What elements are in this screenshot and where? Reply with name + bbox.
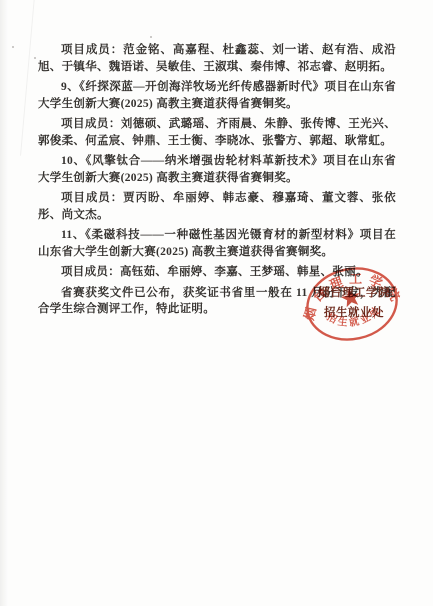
signature-dept-name: 招生就业处 xyxy=(314,303,394,323)
body-paragraph: 项目成员：高钰茹、牟丽婷、李嘉、王梦瑶、韩星、张丽。 xyxy=(38,264,396,281)
body-paragraph: 10、《风擎钛合——纳米增强齿轮材料革新技术》项目在山东省大学生创新大赛(202… xyxy=(38,153,396,186)
scan-edge-shadow xyxy=(0,0,8,606)
body-paragraph: 9、《纤探深蓝—开创海洋牧场光纤传感器新时代》项目在山东省大学生创新大赛(202… xyxy=(38,79,396,112)
certificate-body-text: 项目成员：范金铭、高嘉程、杜鑫蕊、刘一诺、赵有浩、成沿旭、于镇华、魏语诺、吴敏佳… xyxy=(38,42,396,322)
body-paragraph: 项目成员：范金铭、高嘉程、杜鑫蕊、刘一诺、赵有浩、成沿旭、于镇华、魏语诺、吴敏佳… xyxy=(38,42,396,75)
scan-speck xyxy=(12,46,14,48)
scan-fold-line xyxy=(20,0,35,156)
scan-speck xyxy=(34,57,36,59)
scanned-certificate-page: 项目成员：范金铭、高嘉程、杜鑫蕊、刘一诺、赵有浩、成沿旭、于镇华、魏语诺、吴敏佳… xyxy=(0,0,433,606)
body-paragraph: 11、《柔磁科技——一种磁性基因光镊育材的新型材料》项目在山东省大学生创新大赛(… xyxy=(38,227,396,260)
body-paragraph: 项目成员：贾丙盼、牟丽婷、韩志豪、穆嘉琦、董文蓉、张依彤、尚文杰。 xyxy=(38,190,396,223)
body-paragraph: 项目成员：刘德硕、武璐瑶、齐雨晨、朱静、张传博、王光兴、郭俊柔、何孟宸、钟鼎、王… xyxy=(38,116,396,149)
signature-org-name: 烟台理工学院 xyxy=(314,283,394,303)
signature-block: 烟台理工学院 招生就业处 xyxy=(314,283,394,323)
scan-speck xyxy=(150,36,152,38)
